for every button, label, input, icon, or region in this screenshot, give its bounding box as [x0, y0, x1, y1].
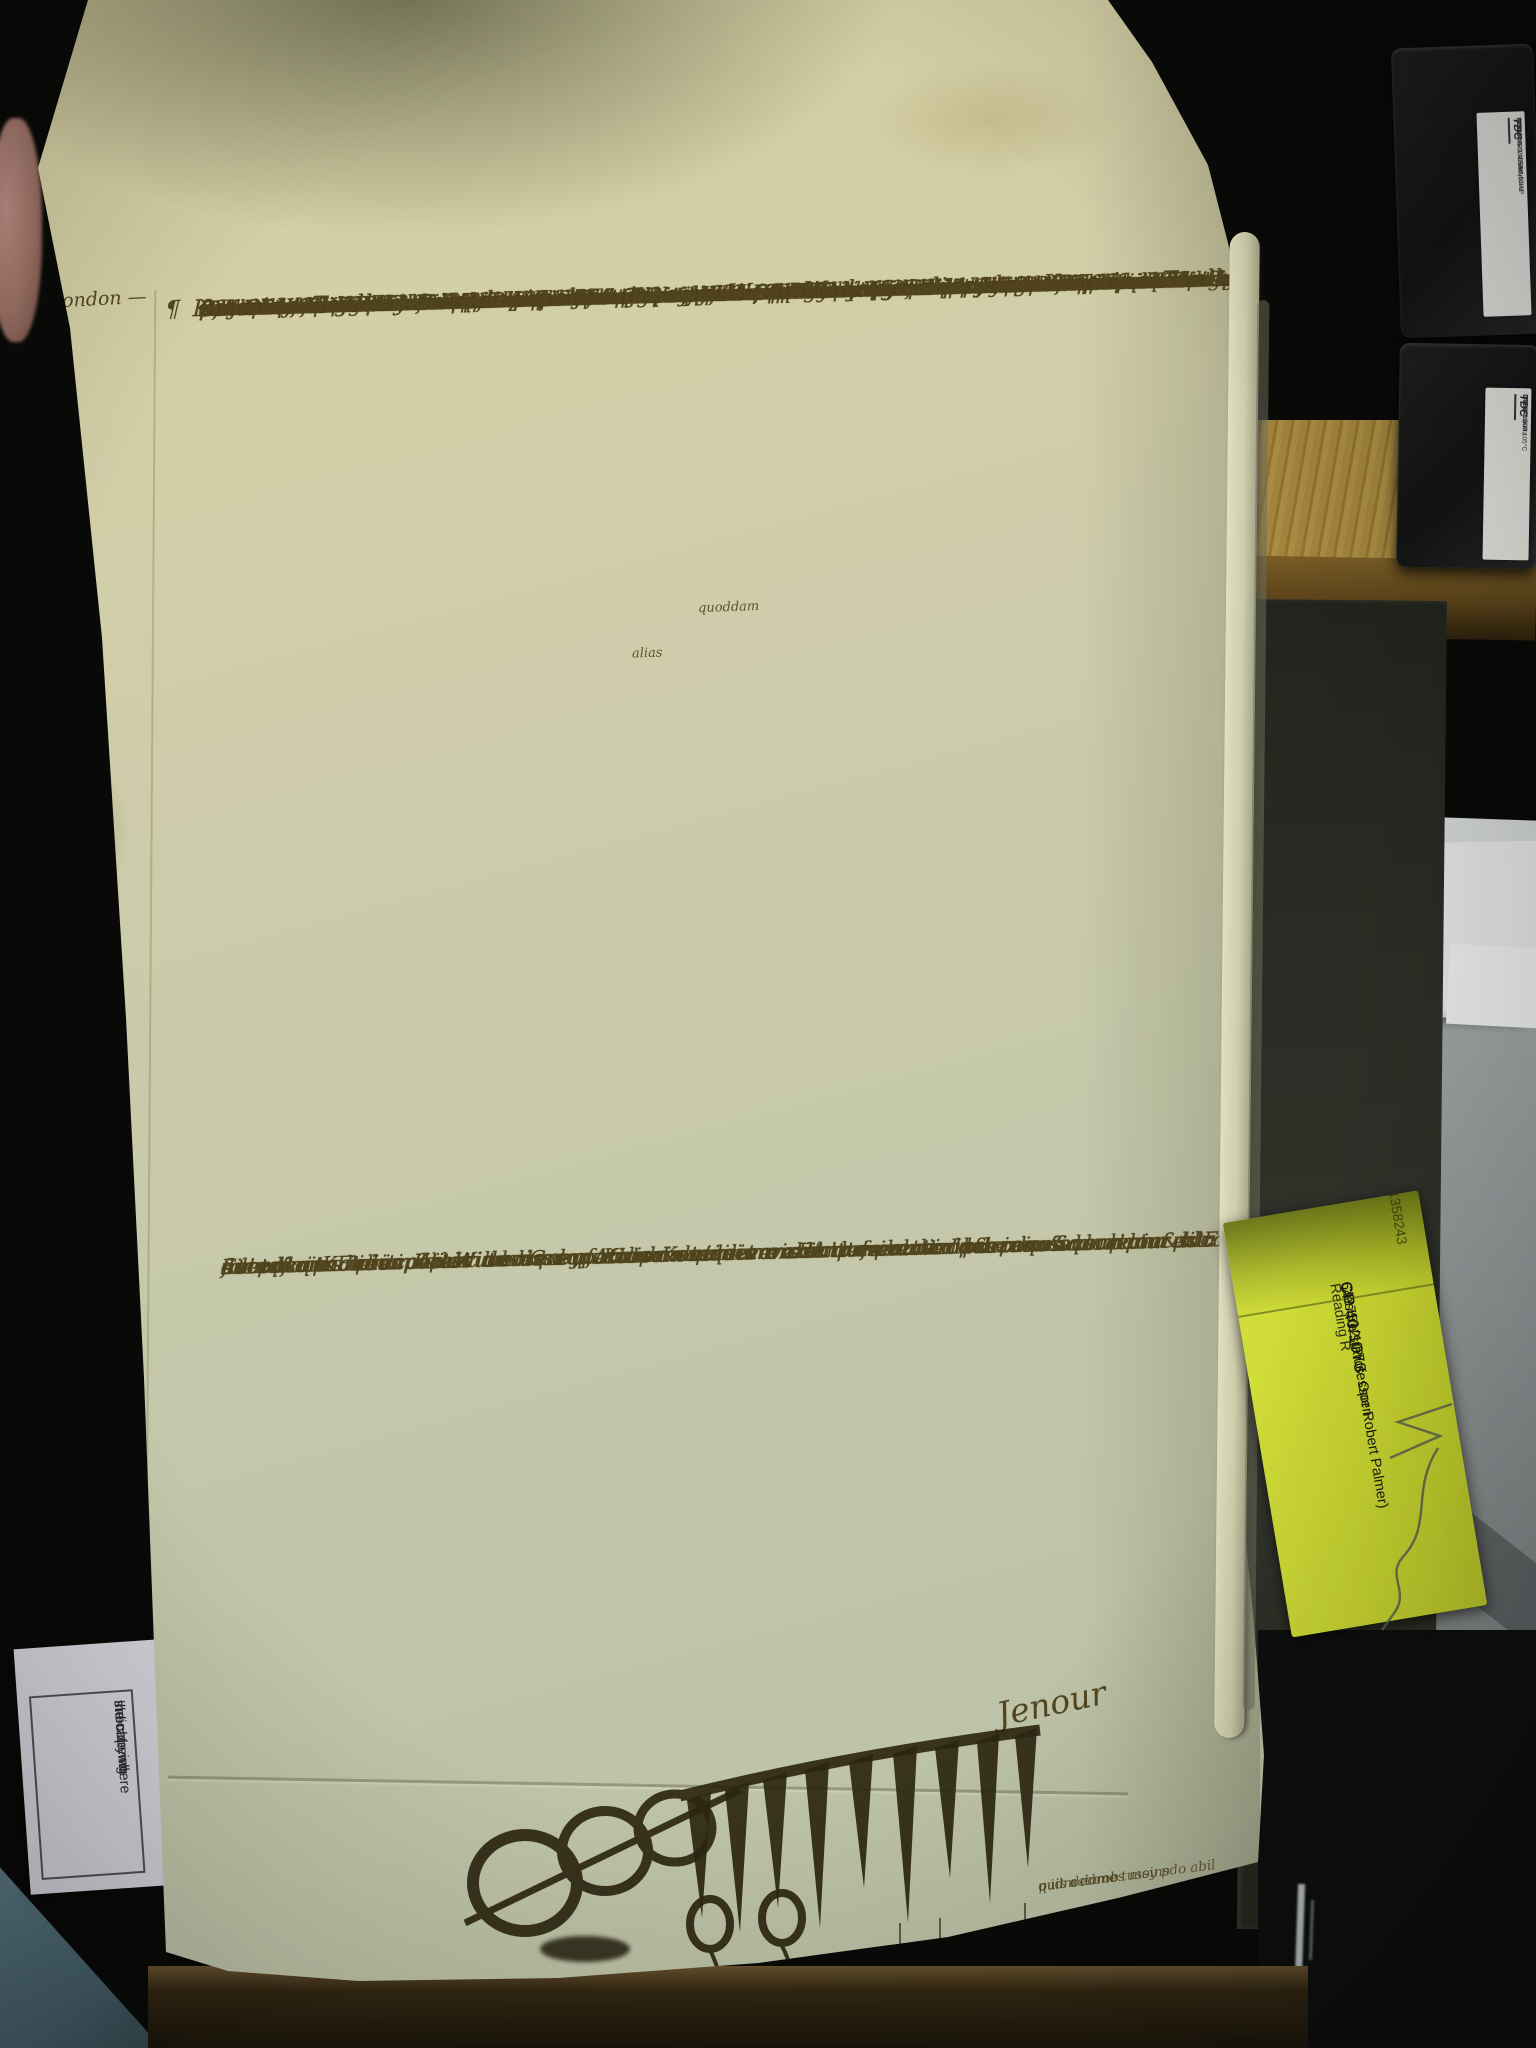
manuscript-line: adiudicat Et incohilde una pdca Katerina… — [221, 1226, 1086, 1284]
paper-sheet — [1446, 944, 1536, 1029]
margin-note-london: london — — [55, 286, 147, 313]
manuscript-block-1: ¶ Katerina Tonlkay nup de Apolton in com… — [200, 259, 1260, 290]
manuscript-line: administracionem &c — [198, 283, 442, 328]
interlinear-insertion: alias — [632, 645, 663, 661]
photo-of-plea-roll: TDCMODEL NO.: DSBA-11WPEINGANG: 240VAC 5… — [0, 0, 1536, 2048]
charger-label-1-text: TDCMODEL NO.: DSBA-11WPEINGANG: 240VAC 5… — [1476, 111, 1531, 317]
charger-label-line: NOMINAL 0.155Amp — [1514, 117, 1525, 178]
parchment-shadow — [0, 0, 900, 240]
slip-line: should end. — [104, 1699, 136, 1776]
finger — [0, 118, 42, 342]
copying-instruction-slip: another slip to indicate wherethe copyin… — [14, 1639, 177, 1895]
ruled-margin-line — [146, 290, 157, 1530]
manuscript-block-2: Et pdca Katerina p Willm Grey Attorn suu… — [222, 1221, 1262, 1250]
interlinear-insertion: quoddam — [698, 599, 760, 616]
charger-label-2: TDCDSBA-11WP240VAC 50Hz0.155Amp ta 105°C — [1483, 388, 1532, 561]
charger-label-1: TDCMODEL NO.: DSBA-11WPEINGANG: 240VAC 5… — [1476, 111, 1531, 317]
shelf-front-strip — [148, 1966, 1308, 2048]
parchment-stain — [860, 60, 1120, 180]
charger-label-line: 0.155Amp ta 105°C — [1519, 394, 1529, 451]
slip-text-border: indicate wherethe copyingshould end. — [29, 1689, 146, 1880]
slip-text: indicate wherethe copyingshould end. — [31, 1691, 148, 1882]
charger-label-2-text: TDCDSBA-11WP240VAC 50Hz0.155Amp ta 105°C — [1483, 388, 1532, 561]
pen-squiggle — [1368, 1396, 1464, 1632]
parchment-stain — [70, 770, 130, 890]
